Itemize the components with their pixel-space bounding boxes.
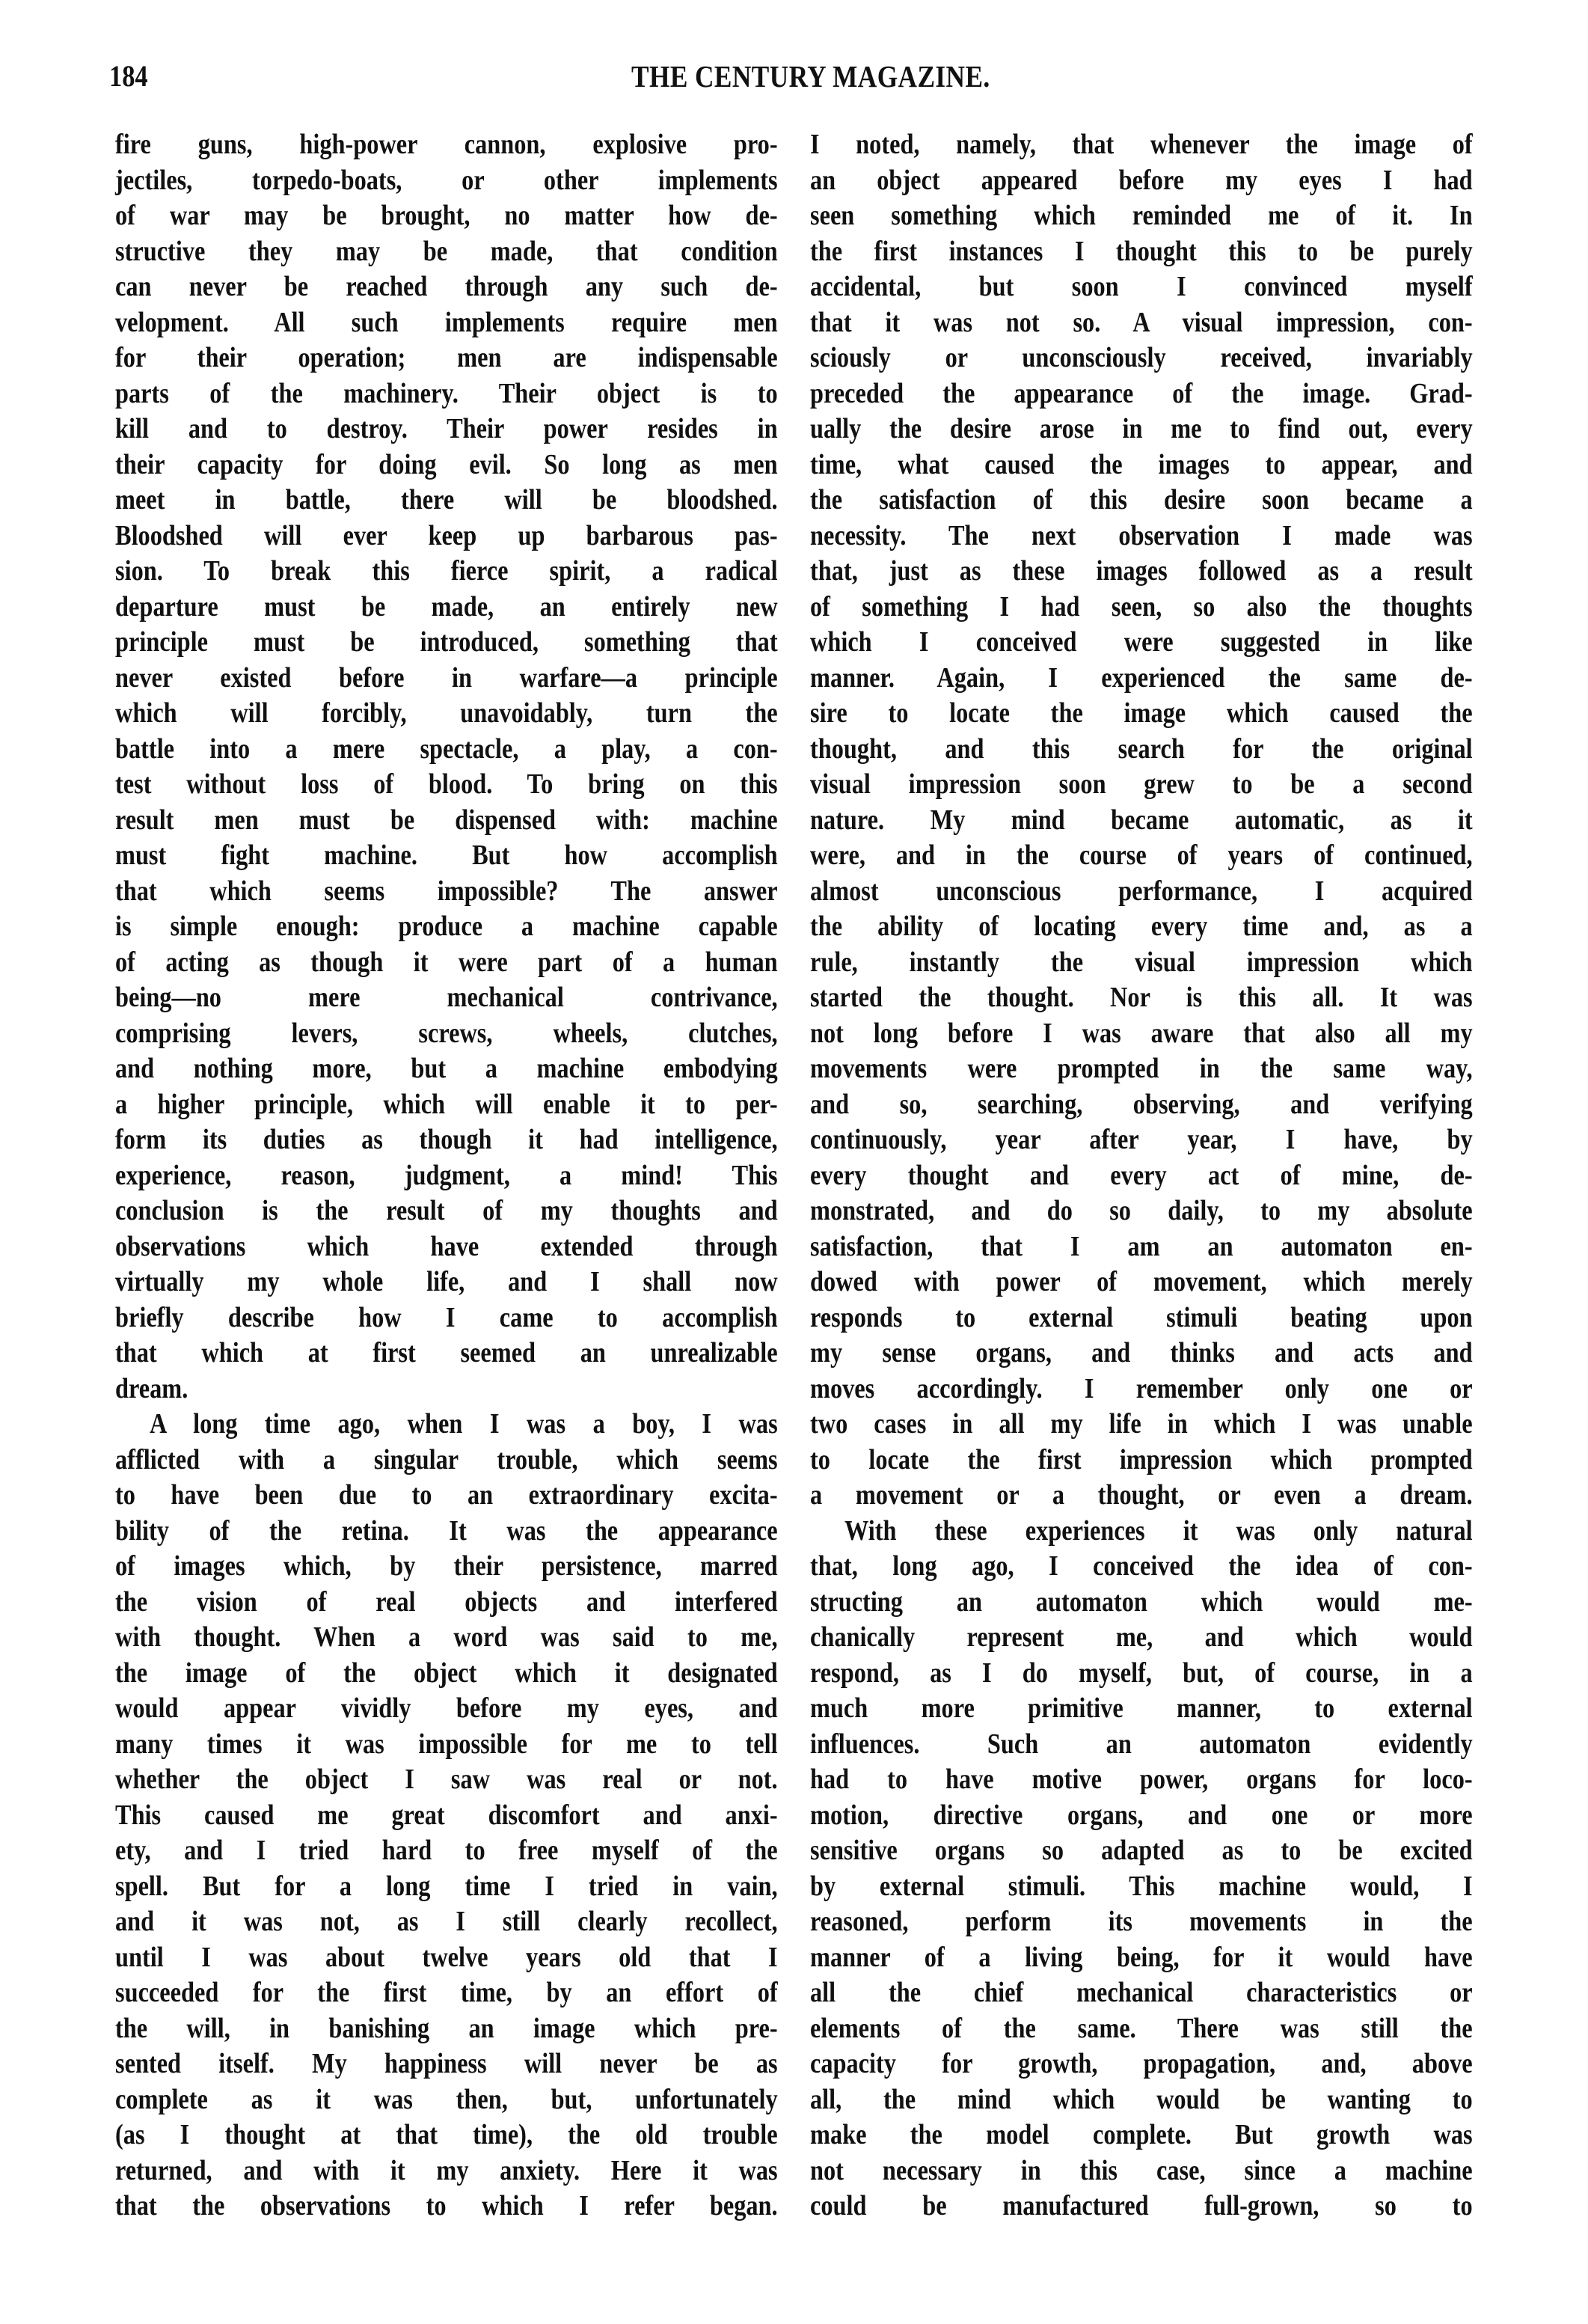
text-line-content: could be manufactured full-grown, so to xyxy=(810,2189,1473,2224)
text-line: would appear vividly before my eyes, and xyxy=(115,1691,778,1727)
text-line: dream. xyxy=(115,1372,778,1407)
text-line-content: jectiles, torpedo-boats, or other implem… xyxy=(115,163,778,199)
text-line-content: experience, reason, judgment, a mind! Th… xyxy=(115,1158,778,1194)
text-line-content: which will forcibly, unavoidably, turn t… xyxy=(115,696,778,732)
text-line-content: an object appeared before my eyes I had xyxy=(810,163,1473,199)
text-line: This caused me great discomfort and anxi… xyxy=(115,1798,778,1834)
text-line: comprising levers, screws, wheels, clutc… xyxy=(115,1016,778,1052)
text-line: could be manufactured full-grown, so to xyxy=(810,2189,1473,2224)
text-line-content: of images which, by their persistence, m… xyxy=(115,1549,778,1585)
text-line-content: afflicted with a singular trouble, which… xyxy=(115,1443,778,1479)
text-line: must fight machine. But how accomplish xyxy=(115,838,778,874)
text-line: continuously, year after year, I have, b… xyxy=(810,1122,1473,1158)
text-line: sire to locate the image which caused th… xyxy=(810,696,1473,732)
text-line: complete as it was then, but, unfortunat… xyxy=(115,2082,778,2118)
text-line: rule, instantly the visual impression wh… xyxy=(810,945,1473,981)
text-line: and so, searching, observing, and verify… xyxy=(810,1087,1473,1123)
text-line-content: spell. But for a long time I tried in va… xyxy=(115,1869,778,1905)
text-line: can never be reached through any such de… xyxy=(115,269,778,305)
text-line-content: the first instances I thought this to be… xyxy=(810,234,1473,270)
text-line-content: principle must be introduced, something … xyxy=(115,625,778,661)
text-line: chanically represent me, and which would xyxy=(810,1620,1473,1656)
text-line: is simple enough: produce a machine capa… xyxy=(115,909,778,945)
right-column: I noted, namely, that whenever the image… xyxy=(810,127,1473,2224)
text-line-content: respond, as I do myself, but, of course,… xyxy=(810,1656,1473,1692)
text-line-content: much more primitive manner, to external xyxy=(810,1691,1473,1727)
text-line-content: not necessary in this case, since a mach… xyxy=(810,2153,1473,2189)
text-line: A long time ago, when I was a boy, I was xyxy=(115,1407,778,1443)
text-line: with thought. When a word was said to me… xyxy=(115,1620,778,1656)
text-line-content: briefly describe how I came to accomplis… xyxy=(115,1300,778,1336)
text-line-content: a movement or a thought, or even a dream… xyxy=(810,1478,1473,1514)
text-line: reasoned, perform its movements in the xyxy=(810,1904,1473,1940)
text-line: a higher principle, which will enable it… xyxy=(115,1087,778,1123)
text-line: battle into a mere spectacle, a play, a … xyxy=(115,732,778,768)
text-line-content: that which seems impossible? The answer xyxy=(115,874,778,910)
text-line: observations which have extended through xyxy=(115,1229,778,1265)
text-line: visual impression soon grew to be a seco… xyxy=(810,767,1473,803)
text-line: respond, as I do myself, but, of course,… xyxy=(810,1656,1473,1692)
text-line: satisfaction, that I am an automaton en- xyxy=(810,1229,1473,1265)
text-line: sciously or unconsciously received, inva… xyxy=(810,340,1473,376)
text-line-content: ually the desire arose in me to find out… xyxy=(810,412,1473,447)
text-line-content: the will, in banishing an image which pr… xyxy=(115,2011,778,2047)
text-line-content: satisfaction, that I am an automaton en- xyxy=(810,1229,1473,1265)
text-line: test without loss of blood. To bring on … xyxy=(115,767,778,803)
text-line-content: had to have motive power, organs for loc… xyxy=(810,1762,1473,1798)
text-line-content: structing an automaton which would me- xyxy=(810,1585,1473,1621)
text-line: departure must be made, an entirely new xyxy=(115,590,778,626)
text-line: Bloodshed will ever keep up barbarous pa… xyxy=(115,519,778,554)
text-line: necessity. The next observation I made w… xyxy=(810,519,1473,554)
left-column: fire guns, high-power cannon, explosive … xyxy=(115,127,778,2224)
text-line-content: being—no mere mechanical contrivance, xyxy=(115,980,778,1016)
text-line-content: velopment. All such implements require m… xyxy=(115,305,778,341)
text-line-content: to have been due to an extraordinary exc… xyxy=(115,1478,778,1514)
text-line-content: for their operation; men are indispensab… xyxy=(115,340,778,376)
text-line-content: reasoned, perform its movements in the xyxy=(810,1904,1473,1940)
text-line-content: that which at first seemed an unrealizab… xyxy=(115,1336,778,1372)
text-line: that, just as these images followed as a… xyxy=(810,554,1473,590)
text-line-content: that, just as these images followed as a… xyxy=(810,554,1473,590)
text-line: sensitive organs so adapted as to be exc… xyxy=(810,1833,1473,1869)
text-line-content: kill and to destroy. Their power resides… xyxy=(115,412,778,447)
text-line-content: observations which have extended through xyxy=(115,1229,778,1265)
text-line-content: meet in battle, there will be bloodshed. xyxy=(115,483,778,519)
text-line: ety, and I tried hard to free myself of … xyxy=(115,1833,778,1869)
text-line-content: seen something which reminded me of it. … xyxy=(810,198,1473,234)
text-line-content: with thought. When a word was said to me… xyxy=(115,1620,778,1656)
text-line-content: time, what caused the images to appear, … xyxy=(810,447,1473,483)
text-line-content: the vision of real objects and interfere… xyxy=(115,1585,778,1621)
text-line-content: the image of the object which it designa… xyxy=(115,1656,778,1692)
text-line-content: responds to external stimuli beating upo… xyxy=(810,1300,1473,1336)
text-line-content: manner of a living being, for it would h… xyxy=(810,1940,1473,1976)
text-line-content: is simple enough: produce a machine capa… xyxy=(115,909,778,945)
text-line: a movement or a thought, or even a dream… xyxy=(810,1478,1473,1514)
text-line-content: succeeded for the first time, by an effo… xyxy=(115,1975,778,2011)
text-line-content: elements of the same. There was still th… xyxy=(810,2011,1473,2047)
text-line-content: two cases in all my life in which I was … xyxy=(810,1407,1473,1443)
text-line-content: must fight machine. But how accomplish xyxy=(115,838,778,874)
text-line: velopment. All such implements require m… xyxy=(115,305,778,341)
text-line: monstrated, and do so daily, to my absol… xyxy=(810,1193,1473,1229)
text-line: I noted, namely, that whenever the image… xyxy=(810,127,1473,163)
text-line: conclusion is the result of my thoughts … xyxy=(115,1193,778,1229)
text-line-content: returned, and with it my anxiety. Here i… xyxy=(115,2153,778,2189)
text-line-content: nature. My mind became automatic, as it xyxy=(810,803,1473,839)
text-line-content: comprising levers, screws, wheels, clutc… xyxy=(115,1016,778,1052)
text-line: being—no mere mechanical contrivance, xyxy=(115,980,778,1016)
text-line: never existed before in warfare—a princi… xyxy=(115,661,778,697)
text-line: that it was not so. A visual impression,… xyxy=(810,305,1473,341)
text-line: two cases in all my life in which I was … xyxy=(810,1407,1473,1443)
text-line-content: fire guns, high-power cannon, explosive … xyxy=(115,127,778,163)
text-line: dowed with power of movement, which mere… xyxy=(810,1265,1473,1300)
text-line-content: form its duties as though it had intelli… xyxy=(115,1122,778,1158)
text-line-content: all the chief mechanical characteristics… xyxy=(810,1975,1473,2011)
text-line-content: sented itself. My happiness will never b… xyxy=(115,2046,778,2082)
text-line: the satisfaction of this desire soon bec… xyxy=(810,483,1473,519)
text-line-content: rule, instantly the visual impression wh… xyxy=(810,945,1473,981)
text-line: and nothing more, but a machine embodyin… xyxy=(115,1051,778,1087)
text-line-content: sire to locate the image which caused th… xyxy=(810,696,1473,732)
text-line-content: necessity. The next observation I made w… xyxy=(810,519,1473,554)
text-line: elements of the same. There was still th… xyxy=(810,2011,1473,2047)
text-line: spell. But for a long time I tried in va… xyxy=(115,1869,778,1905)
text-line-content: virtually my whole life, and I shall now xyxy=(115,1265,778,1300)
text-line-content: manner. Again, I experienced the same de… xyxy=(810,661,1473,697)
text-line-content: the ability of locating every time and, … xyxy=(810,909,1473,945)
text-line: of something I had seen, so also the tho… xyxy=(810,590,1473,626)
text-line: bility of the retina. It was the appeara… xyxy=(115,1514,778,1550)
text-line: nature. My mind became automatic, as it xyxy=(810,803,1473,839)
text-line-content: thought, and this search for the origina… xyxy=(810,732,1473,768)
text-line-content: I noted, namely, that whenever the image… xyxy=(810,127,1473,163)
text-line: sented itself. My happiness will never b… xyxy=(115,2046,778,2082)
text-line: the vision of real objects and interfere… xyxy=(115,1585,778,1621)
text-line-content: and nothing more, but a machine embodyin… xyxy=(115,1051,778,1087)
text-line-content: whether the object I saw was real or not… xyxy=(115,1762,778,1798)
text-line-content: sensitive organs so adapted as to be exc… xyxy=(810,1833,1473,1869)
text-line: by external stimuli. This machine would,… xyxy=(810,1869,1473,1905)
text-line: moves accordingly. I remember only one o… xyxy=(810,1372,1473,1407)
text-line: that the observations to which I refer b… xyxy=(115,2189,778,2224)
text-line: started the thought. Nor is this all. It… xyxy=(810,980,1473,1016)
text-line: responds to external stimuli beating upo… xyxy=(810,1300,1473,1336)
text-line-content: moves accordingly. I remember only one o… xyxy=(810,1372,1473,1407)
text-line: an object appeared before my eyes I had xyxy=(810,163,1473,199)
text-line: to locate the first impression which pro… xyxy=(810,1443,1473,1479)
text-line-content: almost unconscious performance, I acquir… xyxy=(810,874,1473,910)
text-line-content: can never be reached through any such de… xyxy=(115,269,778,305)
text-line-content: result men must be dispensed with: machi… xyxy=(115,803,778,839)
text-line-content: influences. Such an automaton evidently xyxy=(810,1727,1473,1763)
text-line: afflicted with a singular trouble, which… xyxy=(115,1443,778,1479)
text-line: experience, reason, judgment, a mind! Th… xyxy=(115,1158,778,1194)
text-line-content: make the model complete. But growth was xyxy=(810,2117,1473,2153)
running-header: 184 THE CENTURY MAGAZINE. xyxy=(109,58,1512,100)
text-line-content: accidental, but soon I convinced myself xyxy=(810,269,1473,305)
text-line: were, and in the course of years of cont… xyxy=(810,838,1473,874)
text-line-content: visual impression soon grew to be a seco… xyxy=(810,767,1473,803)
text-line-content: all, the mind which would be wanting to xyxy=(810,2082,1473,2118)
text-line-content: preceded the appearance of the image. Gr… xyxy=(810,376,1473,412)
text-line-content: sciously or unconsciously received, inva… xyxy=(810,340,1473,376)
text-line: of war may be brought, no matter how de- xyxy=(115,198,778,234)
text-line-content: their capacity for doing evil. So long a… xyxy=(115,447,778,483)
text-line: result men must be dispensed with: machi… xyxy=(115,803,778,839)
text-line-content: structive they may be made, that conditi… xyxy=(115,234,778,270)
text-line: the will, in banishing an image which pr… xyxy=(115,2011,778,2047)
text-line-content: and so, searching, observing, and verify… xyxy=(810,1087,1473,1123)
text-line-content: were, and in the course of years of cont… xyxy=(810,838,1473,874)
text-line-content: never existed before in warfare—a princi… xyxy=(115,661,778,697)
text-line-content: of acting as though it were part of a hu… xyxy=(115,945,778,981)
text-line: returned, and with it my anxiety. Here i… xyxy=(115,2153,778,2189)
text-line: manner of a living being, for it would h… xyxy=(810,1940,1473,1976)
text-line-content: that the observations to which I refer b… xyxy=(115,2189,778,2224)
text-line-content: A long time ago, when I was a boy, I was xyxy=(150,1407,778,1443)
text-line: the first instances I thought this to be… xyxy=(810,234,1473,270)
text-line-content: dowed with power of movement, which mere… xyxy=(810,1265,1473,1300)
text-line-content: chanically represent me, and which would xyxy=(810,1620,1473,1656)
text-line: virtually my whole life, and I shall now xyxy=(115,1265,778,1300)
text-line-content: every thought and every act of mine, de- xyxy=(810,1158,1473,1194)
text-line: that which at first seemed an unrealizab… xyxy=(115,1336,778,1372)
text-line: which will forcibly, unavoidably, turn t… xyxy=(115,696,778,732)
text-line: had to have motive power, organs for loc… xyxy=(810,1762,1473,1798)
text-line-content: conclusion is the result of my thoughts … xyxy=(115,1193,778,1229)
text-line-content: that, long ago, I conceived the idea of … xyxy=(810,1549,1473,1585)
text-line-content: departure must be made, an entirely new xyxy=(115,590,778,626)
text-line-content: until I was about twelve years old that … xyxy=(115,1940,778,1976)
text-line: sion. To break this fierce spirit, a rad… xyxy=(115,554,778,590)
running-title-text: THE CENTURY MAGAZINE. xyxy=(631,58,990,94)
text-line-content: dream. xyxy=(115,1372,778,1407)
text-line: all, the mind which would be wanting to xyxy=(810,2082,1473,2118)
text-line-content: (as I thought at that time), the old tro… xyxy=(115,2117,778,2153)
text-line: until I was about twelve years old that … xyxy=(115,1940,778,1976)
text-line: kill and to destroy. Their power resides… xyxy=(115,412,778,447)
text-line-content: continuously, year after year, I have, b… xyxy=(810,1122,1473,1158)
text-line: preceded the appearance of the image. Gr… xyxy=(810,376,1473,412)
text-line: make the model complete. But growth was xyxy=(810,2117,1473,2153)
text-line: many times it was impossible for me to t… xyxy=(115,1727,778,1763)
text-line-content: started the thought. Nor is this all. It… xyxy=(810,980,1473,1016)
text-line: With these experiences it was only natur… xyxy=(810,1514,1473,1550)
text-line-content: test without loss of blood. To bring on … xyxy=(115,767,778,803)
text-line-content: the satisfaction of this desire soon bec… xyxy=(810,483,1473,519)
text-line: of images which, by their persistence, m… xyxy=(115,1549,778,1585)
text-line-content: by external stimuli. This machine would,… xyxy=(810,1869,1473,1905)
text-line: to have been due to an extraordinary exc… xyxy=(115,1478,778,1514)
text-line-content: monstrated, and do so daily, to my absol… xyxy=(810,1193,1473,1229)
text-line: for their operation; men are indispensab… xyxy=(115,340,778,376)
text-line: principle must be introduced, something … xyxy=(115,625,778,661)
text-line: much more primitive manner, to external xyxy=(810,1691,1473,1727)
text-line: structing an automaton which would me- xyxy=(810,1585,1473,1621)
text-line-content: would appear vividly before my eyes, and xyxy=(115,1691,778,1727)
text-line-content: movements were prompted in the same way, xyxy=(810,1051,1473,1087)
text-line: seen something which reminded me of it. … xyxy=(810,198,1473,234)
text-line: the image of the object which it designa… xyxy=(115,1656,778,1692)
text-line-content: many times it was impossible for me to t… xyxy=(115,1727,778,1763)
text-line: of acting as though it were part of a hu… xyxy=(115,945,778,981)
text-line-content: which I conceived were suggested in like xyxy=(810,625,1473,661)
text-line: time, what caused the images to appear, … xyxy=(810,447,1473,483)
text-line: almost unconscious performance, I acquir… xyxy=(810,874,1473,910)
text-line-content: a higher principle, which will enable it… xyxy=(115,1087,778,1123)
text-line: thought, and this search for the origina… xyxy=(810,732,1473,768)
text-line-content: ety, and I tried hard to free myself of … xyxy=(115,1833,778,1869)
text-line: jectiles, torpedo-boats, or other implem… xyxy=(115,163,778,199)
text-line: (as I thought at that time), the old tro… xyxy=(115,2117,778,2153)
text-line: meet in battle, there will be bloodshed. xyxy=(115,483,778,519)
text-line-content: and it was not, as I still clearly recol… xyxy=(115,1904,778,1940)
text-line-content: of war may be brought, no matter how de- xyxy=(115,198,778,234)
text-line-content: Bloodshed will ever keep up barbarous pa… xyxy=(115,519,778,554)
text-line-content: bility of the retina. It was the appeara… xyxy=(115,1514,778,1550)
text-line: capacity for growth, propagation, and, a… xyxy=(810,2046,1473,2082)
text-line-content: not long before I was aware that also al… xyxy=(810,1016,1473,1052)
text-line-content: This caused me great discomfort and anxi… xyxy=(115,1798,778,1834)
text-line-content: sion. To break this fierce spirit, a rad… xyxy=(115,554,778,590)
text-line: ually the desire arose in me to find out… xyxy=(810,412,1473,447)
text-line: motion, directive organs, and one or mor… xyxy=(810,1798,1473,1834)
text-line-content: parts of the machinery. Their object is … xyxy=(115,376,778,412)
text-line: every thought and every act of mine, de- xyxy=(810,1158,1473,1194)
text-line: influences. Such an automaton evidently xyxy=(810,1727,1473,1763)
text-line: succeeded for the first time, by an effo… xyxy=(115,1975,778,2011)
text-line: that which seems impossible? The answer xyxy=(115,874,778,910)
text-line: and it was not, as I still clearly recol… xyxy=(115,1904,778,1940)
text-line-content: motion, directive organs, and one or mor… xyxy=(810,1798,1473,1834)
text-line: that, long ago, I conceived the idea of … xyxy=(810,1549,1473,1585)
text-line: fire guns, high-power cannon, explosive … xyxy=(115,127,778,163)
text-line-content: With these experiences it was only natur… xyxy=(844,1514,1473,1550)
text-line: the ability of locating every time and, … xyxy=(810,909,1473,945)
text-line: accidental, but soon I convinced myself xyxy=(810,269,1473,305)
text-line-content: battle into a mere spectacle, a play, a … xyxy=(115,732,778,768)
text-line: their capacity for doing evil. So long a… xyxy=(115,447,778,483)
running-title: THE CENTURY MAGAZINE. xyxy=(109,58,1512,94)
text-line-content: to locate the first impression which pro… xyxy=(810,1443,1473,1479)
text-line: all the chief mechanical characteristics… xyxy=(810,1975,1473,2011)
text-line-content: complete as it was then, but, unfortunat… xyxy=(115,2082,778,2118)
text-line: which I conceived were suggested in like xyxy=(810,625,1473,661)
text-line: movements were prompted in the same way, xyxy=(810,1051,1473,1087)
text-line: my sense organs, and thinks and acts and xyxy=(810,1336,1473,1372)
text-line: parts of the machinery. Their object is … xyxy=(115,376,778,412)
text-line-content: of something I had seen, so also the tho… xyxy=(810,590,1473,626)
text-line: form its duties as though it had intelli… xyxy=(115,1122,778,1158)
text-line-content: my sense organs, and thinks and acts and xyxy=(810,1336,1473,1372)
text-line: not long before I was aware that also al… xyxy=(810,1016,1473,1052)
text-line: whether the object I saw was real or not… xyxy=(115,1762,778,1798)
text-line: manner. Again, I experienced the same de… xyxy=(810,661,1473,697)
text-line-content: that it was not so. A visual impression,… xyxy=(810,305,1473,341)
text-line: briefly describe how I came to accomplis… xyxy=(115,1300,778,1336)
text-line-content: capacity for growth, propagation, and, a… xyxy=(810,2046,1473,2082)
text-line: not necessary in this case, since a mach… xyxy=(810,2153,1473,2189)
text-line: structive they may be made, that conditi… xyxy=(115,234,778,270)
